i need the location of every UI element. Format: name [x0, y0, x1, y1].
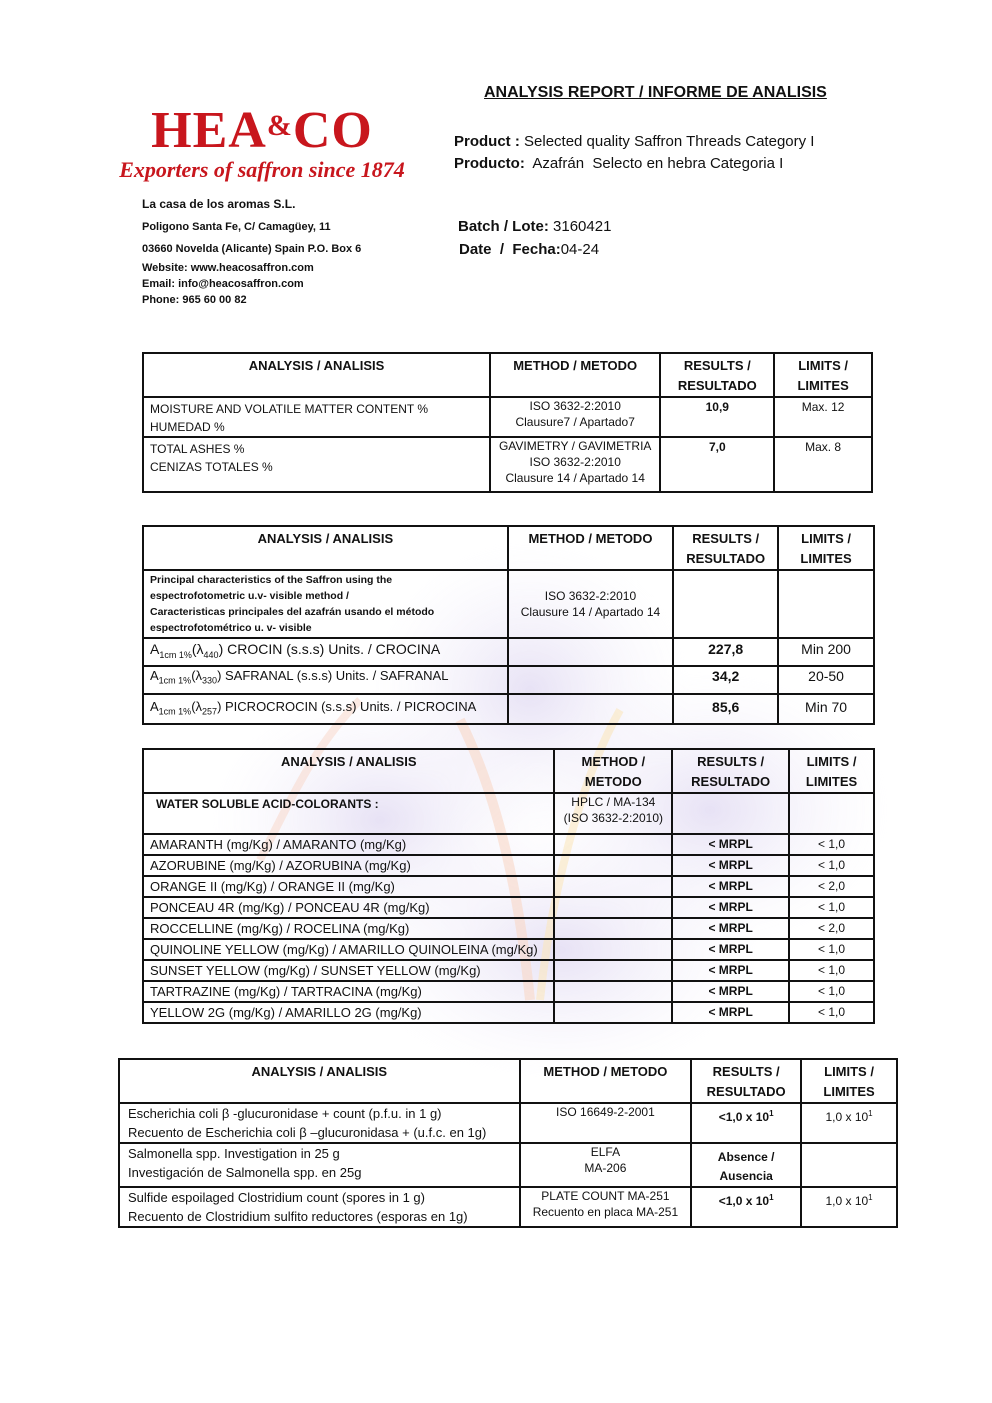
absorbance-prefix: A [150, 641, 159, 657]
product-line: Product : Selected quality Saffron Threa… [454, 131, 814, 153]
result-cell [672, 793, 789, 834]
limit-cell: < 1,0 [789, 939, 874, 960]
absorbance-prefix: A [150, 668, 159, 683]
result-value: <1,0 x 10 [719, 1194, 769, 1208]
company-phone: Phone: 965 60 00 82 [142, 292, 361, 308]
method-line: Clausure 14 / Apartado 14 [515, 604, 667, 620]
table-header-row: ANALYSIS / ANALISIS METHOD / METODO RESU… [143, 353, 872, 397]
colorant-rows: AMARANTH (mg/Kg) / AMARANTO (mg/Kg)< MRP… [143, 834, 874, 1023]
lambda: (λ [191, 699, 202, 714]
date-label: Date / Fecha: [459, 241, 561, 258]
method-line: HPLC / MA-134 [561, 794, 665, 810]
table-section-row: WATER SOLUBLE ACID-COLORANTS : HPLC / MA… [143, 793, 874, 834]
analysis-cell: A1cm 1%(λ330) SAFRANAL (s.s.s) Units. / … [143, 666, 508, 694]
result-line: <1,0 x 101 [698, 1188, 794, 1211]
col-analysis: ANALYSIS / ANALISIS [143, 526, 508, 570]
method-cell: ISO 3632-2:2010Clausure 14 / Apartado 14 [508, 570, 674, 638]
result-cell: < MRPL [672, 897, 789, 918]
lambda-sub: 257 [202, 706, 217, 716]
limit-cell: < 1,0 [789, 834, 874, 855]
method-line: MA-206 [527, 1160, 685, 1176]
date-value: 04-24 [561, 241, 599, 258]
method-line: GAVIMETRY / GAVIMETRIA [497, 438, 653, 454]
table-header-row: ANALYSIS / ANALISIS METHOD / METODO RESU… [119, 1059, 897, 1103]
result-cell: 10,9 [660, 397, 774, 437]
intro-cell: Principal characteristics of the Saffron… [143, 570, 508, 638]
method-line: ISO 3632-2:2010 [515, 588, 667, 604]
result-cell: < MRPL [672, 876, 789, 897]
method-cell [508, 694, 674, 725]
col-method: METHOD / METODO [520, 1059, 692, 1103]
method-cell [554, 918, 672, 939]
method-cell: ISO 16649-2-2001 [520, 1103, 692, 1143]
col-results: RESULTS / RESULTADO [673, 526, 778, 570]
col-limits: LIMITS / LIMITES [774, 353, 872, 397]
table-intro-row: Principal characteristics of the Saffron… [143, 570, 874, 638]
table-row: ORANGE II (mg/Kg) / ORANGE II (mg/Kg)< M… [143, 876, 874, 897]
table-row: TOTAL ASHES %CENIZAS TOTALES % GAVIMETRY… [143, 437, 872, 492]
result-cell: < MRPL [672, 1002, 789, 1023]
result-value: Absence / [718, 1150, 775, 1164]
result-exponent: 1 [769, 1193, 773, 1202]
limit-exponent: 1 [868, 1109, 872, 1118]
table-header-row: ANALYSIS / ANALISIS METHOD / METODO RESU… [143, 749, 874, 793]
analysis-en: Sulfide espoilaged Clostridium count (sp… [128, 1188, 513, 1207]
limit-cell: < 2,0 [789, 918, 874, 939]
limit-cell: 20-50 [778, 666, 874, 694]
result-cell: < MRPL [672, 855, 789, 876]
result-value: <1,0 x 10 [719, 1110, 769, 1124]
method-cell: PLATE COUNT MA-251Recuento en placa MA-2… [520, 1187, 692, 1227]
logo-brand-part1: HEA [151, 102, 267, 159]
limit-value: 1,0 x 10 [825, 1194, 868, 1208]
result-cell [673, 570, 778, 638]
logo-brand: HEA&CO [92, 100, 432, 157]
method-cell: ISO 3632-2:2010Clausure7 / Apartado7 [490, 397, 660, 437]
batch-line: Batch / Lote: 3160421 [458, 215, 611, 238]
producto-label: Producto: [454, 155, 525, 172]
logo-brand-part2: CO [293, 102, 373, 159]
batch-label: Batch / Lote: [458, 218, 549, 235]
producto-value: Azafrán Selecto en hebra Categoria I [525, 155, 784, 172]
col-results: RESULTS / RESULTADO [691, 1059, 801, 1103]
table-row: YELLOW 2G (mg/Kg) / AMARILLO 2G (mg/Kg)<… [143, 1002, 874, 1023]
result-cell: < MRPL [672, 981, 789, 1002]
intro-line: Caracteristicas principales del azafrán … [150, 604, 501, 620]
company-website: Website: www.heacosaffron.com [142, 260, 361, 276]
analysis-en: Salmonella spp. Investigation in 25 g [128, 1144, 513, 1163]
company-name: La casa de los aromas S.L. [142, 196, 361, 216]
method-cell [554, 939, 672, 960]
method-cell [554, 960, 672, 981]
analysis-cell: QUINOLINE YELLOW (mg/Kg) / AMARILLO QUIN… [143, 939, 554, 960]
col-analysis: ANALYSIS / ANALISIS [143, 353, 490, 397]
table-row: Sulfide espoilaged Clostridium count (sp… [119, 1187, 897, 1227]
company-address2: 03660 Novelda (Alicante) Spain P.O. Box … [142, 238, 361, 260]
analysis-cell: MOISTURE AND VOLATILE MATTER CONTENT %HU… [143, 397, 490, 437]
section-label: WATER SOLUBLE ACID-COLORANTS : [143, 793, 554, 834]
limit-cell: < 1,0 [789, 855, 874, 876]
col-results: RESULTS / RESULTADO [672, 749, 789, 793]
result-cell: < MRPL [672, 918, 789, 939]
lambda-sub: 440 [204, 650, 219, 660]
table-spectrophotometric: ANALYSIS / ANALISIS METHOD / METODO RESU… [142, 525, 875, 725]
analysis-es: HUMEDAD % [150, 418, 483, 436]
company-email: Email: info@heacosaffron.com [142, 276, 361, 292]
result-cell: < MRPL [672, 939, 789, 960]
lambda-sub: 330 [202, 675, 217, 685]
analysis-cell: YELLOW 2G (mg/Kg) / AMARILLO 2G (mg/Kg) [143, 1002, 554, 1023]
table-row: ROCCELLINE (mg/Kg) / ROCELINA (mg/Kg)< M… [143, 918, 874, 939]
method-cell [554, 876, 672, 897]
batch-value: 3160421 [549, 218, 612, 235]
analysis-cell: PONCEAU 4R (mg/Kg) / PONCEAU 4R (mg/Kg) [143, 897, 554, 918]
table-moisture-ashes: ANALYSIS / ANALISIS METHOD / METODO RESU… [142, 352, 873, 493]
method-cell [554, 855, 672, 876]
limit-cell [789, 793, 874, 834]
limit-cell: Min 70 [778, 694, 874, 725]
result-cell: <1,0 x 101 [691, 1103, 801, 1143]
analysis-label: ) CROCIN (s.s.s) Units. / CROCINA [219, 641, 441, 657]
result-exponent: 1 [769, 1109, 773, 1118]
limit-value: 1,0 x 10 [825, 1110, 868, 1124]
analysis-cell: A1cm 1%(λ257) PICROCROCIN (s.s.s) Units.… [143, 694, 508, 725]
analysis-en: TOTAL ASHES % [150, 440, 483, 458]
analysis-en: Escherichia coli β -glucuronidase + coun… [128, 1104, 513, 1123]
result-cell: < MRPL [672, 960, 789, 981]
report-title: ANALYSIS REPORT / INFORME DE ANALISIS [484, 84, 827, 102]
method-cell: GAVIMETRY / GAVIMETRIAISO 3632-2:2010Cla… [490, 437, 660, 492]
table-row: SUNSET YELLOW (mg/Kg) / SUNSET YELLOW (m… [143, 960, 874, 981]
product-info: Product : Selected quality Saffron Threa… [454, 131, 814, 175]
analysis-cell: SUNSET YELLOW (mg/Kg) / SUNSET YELLOW (m… [143, 960, 554, 981]
col-analysis: ANALYSIS / ANALISIS [119, 1059, 520, 1103]
table-row: QUINOLINE YELLOW (mg/Kg) / AMARILLO QUIN… [143, 939, 874, 960]
absorbance-sub: 1cm 1% [159, 650, 192, 660]
analysis-es: Investigación de Salmonella spp. en 25g [128, 1163, 513, 1182]
intro-line: espectrofotométrico u. v- visible [150, 620, 501, 636]
result-cell: 7,0 [660, 437, 774, 492]
table-acid-colorants: ANALYSIS / ANALISIS METHOD / METODO RESU… [142, 748, 875, 1024]
logo-brand-amp: & [267, 109, 293, 142]
analysis-es: CENIZAS TOTALES % [150, 458, 483, 476]
col-limits: LIMITS / LIMITES [801, 1059, 897, 1103]
table-row: AZORUBINE (mg/Kg) / AZORUBINA (mg/Kg)< M… [143, 855, 874, 876]
result-line: <1,0 x 101 [698, 1104, 794, 1127]
table-row: A1cm 1%(λ440) CROCIN (s.s.s) Units. / CR… [143, 638, 874, 666]
method-line: ISO 3632-2:2010 [497, 398, 653, 414]
method-line: Clausure7 / Apartado7 [497, 414, 653, 430]
col-method: METHOD / METODO [554, 749, 672, 793]
method-line: PLATE COUNT MA-251 [527, 1188, 685, 1204]
analysis-cell: TARTRAZINE (mg/Kg) / TARTRACINA (mg/Kg) [143, 981, 554, 1002]
lambda: (λ [191, 668, 202, 683]
col-method: METHOD / METODO [490, 353, 660, 397]
limit-cell: Min 200 [778, 638, 874, 666]
product-value: Selected quality Saffron Threads Categor… [520, 133, 815, 150]
limit-cell: Max. 12 [774, 397, 872, 437]
analysis-cell: TOTAL ASHES %CENIZAS TOTALES % [143, 437, 490, 492]
limit-cell: < 1,0 [789, 981, 874, 1002]
col-limits: LIMITS / LIMITES [778, 526, 874, 570]
analysis-cell: ROCCELLINE (mg/Kg) / ROCELINA (mg/Kg) [143, 918, 554, 939]
limit-cell: < 1,0 [789, 960, 874, 981]
result-cell: Absence /Ausencia [691, 1143, 801, 1187]
absorbance-sub: 1cm 1% [159, 675, 192, 685]
analysis-cell: AZORUBINE (mg/Kg) / AZORUBINA (mg/Kg) [143, 855, 554, 876]
col-results: RESULTS / RESULTADO [660, 353, 774, 397]
batch-info: Batch / Lote: 3160421 Date / Fecha:04-24 [458, 215, 611, 261]
result-cell: 227,8 [673, 638, 778, 666]
method-cell [508, 638, 674, 666]
microbiology-rows: Escherichia coli β -glucuronidase + coun… [119, 1103, 897, 1227]
method-cell [554, 897, 672, 918]
analysis-cell: Salmonella spp. Investigation in 25 gInv… [119, 1143, 520, 1187]
result-cell: 34,2 [673, 666, 778, 694]
col-method: METHOD / METODO [508, 526, 674, 570]
limit-cell: < 1,0 [789, 1002, 874, 1023]
method-cell [554, 981, 672, 1002]
company-address1: Poligono Santa Fe, C/ Camagüey, 11 [142, 216, 361, 238]
method-cell [554, 834, 672, 855]
analysis-cell: Sulfide espoilaged Clostridium count (sp… [119, 1187, 520, 1227]
logo-tagline: Exporters of saffron since 1874 [92, 157, 432, 183]
absorbance-sub: 1cm 1% [159, 706, 192, 716]
intro-line: Principal characteristics of the Saffron… [150, 572, 501, 588]
table-row: A1cm 1%(λ330) SAFRANAL (s.s.s) Units. / … [143, 666, 874, 694]
analysis-cell: AMARANTH (mg/Kg) / AMARANTO (mg/Kg) [143, 834, 554, 855]
method-line: ISO 3632-2:2010 [497, 454, 653, 470]
col-analysis: ANALYSIS / ANALISIS [143, 749, 554, 793]
analysis-cell: ORANGE II (mg/Kg) / ORANGE II (mg/Kg) [143, 876, 554, 897]
method-cell [554, 1002, 672, 1023]
method-cell [508, 666, 674, 694]
limit-cell: < 2,0 [789, 876, 874, 897]
table-row: A1cm 1%(λ257) PICROCROCIN (s.s.s) Units.… [143, 694, 874, 725]
limit-cell: 1,0 x 101 [801, 1103, 897, 1143]
analysis-es: Recuento de Escherichia coli β –glucuron… [128, 1123, 513, 1142]
table-row: PONCEAU 4R (mg/Kg) / PONCEAU 4R (mg/Kg)<… [143, 897, 874, 918]
date-line: Date / Fecha:04-24 [458, 238, 611, 261]
analysis-cell: A1cm 1%(λ440) CROCIN (s.s.s) Units. / CR… [143, 638, 508, 666]
analysis-cell: Escherichia coli β -glucuronidase + coun… [119, 1103, 520, 1143]
product-label: Product : [454, 133, 520, 150]
company-logo: HEA&CO Exporters of saffron since 1874 [92, 100, 432, 183]
method-line: ELFA [527, 1144, 685, 1160]
limit-cell [801, 1143, 897, 1187]
analysis-en: MOISTURE AND VOLATILE MATTER CONTENT % [150, 400, 483, 418]
table-row: MOISTURE AND VOLATILE MATTER CONTENT %HU… [143, 397, 872, 437]
table-row: Escherichia coli β -glucuronidase + coun… [119, 1103, 897, 1143]
table-microbiology: ANALYSIS / ANALISIS METHOD / METODO RESU… [118, 1058, 898, 1228]
result-cell: <1,0 x 101 [691, 1187, 801, 1227]
method-line: ISO 16649-2-2001 [527, 1104, 685, 1120]
analysis-label: ) PICROCROCIN (s.s.s) Units. / PICROCINA [217, 699, 476, 714]
limit-exponent: 1 [868, 1193, 872, 1202]
limit-cell: Max. 8 [774, 437, 872, 492]
result-cell: 85,6 [673, 694, 778, 725]
method-line: (ISO 3632-2:2010) [561, 810, 665, 826]
company-info: La casa de los aromas S.L. Poligono Sant… [142, 196, 361, 308]
intro-line: espectrofotometric u.v- visible method / [150, 588, 501, 604]
table-row: TARTRAZINE (mg/Kg) / TARTRACINA (mg/Kg)<… [143, 981, 874, 1002]
result-line: Absence / [698, 1144, 794, 1167]
analysis-es: Recuento de Clostridium sulfito reductor… [128, 1207, 513, 1226]
method-cell: HPLC / MA-134(ISO 3632-2:2010) [554, 793, 672, 834]
table-row: AMARANTH (mg/Kg) / AMARANTO (mg/Kg)< MRP… [143, 834, 874, 855]
absorbance-prefix: A [150, 699, 159, 714]
table-row: Salmonella spp. Investigation in 25 gInv… [119, 1143, 897, 1187]
lambda: (λ [192, 641, 204, 657]
table-header-row: ANALYSIS / ANALISIS METHOD / METODO RESU… [143, 526, 874, 570]
limit-cell: 1,0 x 101 [801, 1187, 897, 1227]
result-line: Ausencia [698, 1167, 794, 1186]
producto-line: Producto: Azafrán Selecto en hebra Categ… [454, 153, 814, 175]
method-line: Recuento en placa MA-251 [527, 1204, 685, 1220]
result-cell: < MRPL [672, 834, 789, 855]
method-line: Clausure 14 / Apartado 14 [497, 470, 653, 486]
col-limits: LIMITS / LIMITES [789, 749, 874, 793]
method-cell: ELFAMA-206 [520, 1143, 692, 1187]
limit-cell: < 1,0 [789, 897, 874, 918]
analysis-label: ) SAFRANAL (s.s.s) Units. / SAFRANAL [217, 668, 448, 683]
limit-cell [778, 570, 874, 638]
